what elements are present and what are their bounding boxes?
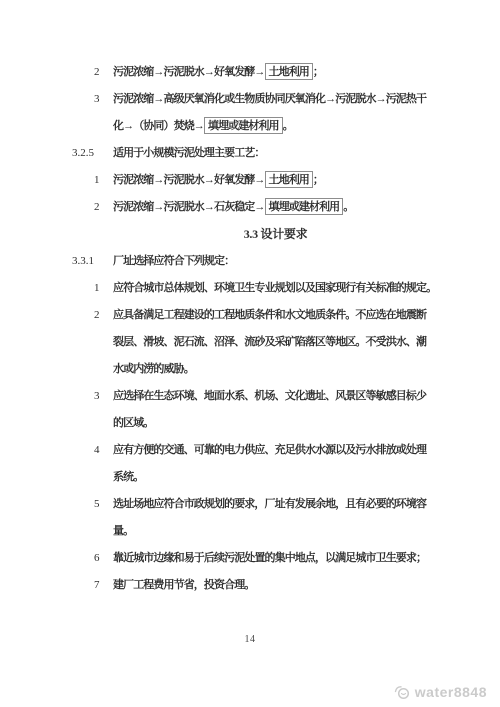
item-number: 2: [94, 302, 100, 329]
doc-line-heading: 3.3 设计要求: [72, 221, 438, 248]
doc-line-item: 7建厂工程费用节省，投资合理。: [72, 572, 438, 599]
item-number: 3.2.5: [72, 140, 94, 167]
text-segment: 应具备满足工程建设的工程地质条件和水文地质条件。不应选在地震断: [113, 309, 426, 321]
page-number: 14: [0, 634, 500, 645]
item-number: 5: [94, 491, 100, 518]
doc-line-item: 5选址场地应符合市政规划的要求，厂址有发展余地，且有必要的环境容: [72, 491, 438, 518]
text-segment: 污泥浓缩→高级厌氧消化或生物质协同厌氧消化→污泥脱水→污泥热干: [113, 93, 426, 105]
text-segment: 量。: [113, 525, 133, 537]
text-segment: 水或内涝的威胁。: [113, 363, 194, 375]
doc-line-cont: 化→（协同）焚烧→填埋或建材利用。: [72, 113, 438, 140]
document-page: 2污泥浓缩→污泥脱水→好氧发酵→土地利用；3污泥浓缩→高级厌氧消化或生物质协同厌…: [0, 0, 500, 707]
doc-line-item: 1污泥浓缩→污泥脱水→好氧发酵→土地利用；: [72, 167, 438, 194]
text-segment: 的区域。: [113, 417, 153, 429]
text-segment: 适用于小规模污泥处理主要工艺：: [113, 147, 265, 159]
text-segment: 。: [343, 201, 353, 213]
text-segment: 3.3 设计要求: [244, 227, 308, 241]
text-segment: ；: [313, 174, 323, 186]
text-segment: 应选择在生态环境、地面水系、机场、文化遗址、风景区等敏感目标少: [113, 390, 426, 402]
boxed-term: 土地利用: [265, 171, 313, 188]
doc-line-item: 2污泥浓缩→污泥脱水→好氧发酵→土地利用；: [72, 59, 438, 86]
text-segment: 厂址选择应符合下列规定：: [113, 255, 234, 267]
text-segment: 选址场地应符合市政规划的要求，厂址有发展余地，且有必要的环境容: [113, 498, 426, 510]
doc-line-item: 2应具备满足工程建设的工程地质条件和水文地质条件。不应选在地震断: [72, 302, 438, 329]
text-segment: 系统。: [113, 471, 143, 483]
text-segment: 应有方便的交通、可靠的电力供应、充足供水水源以及污水排放或处理: [113, 444, 426, 456]
text-segment: 化→（协同）焚烧→: [113, 120, 204, 132]
document-body: 2污泥浓缩→污泥脱水→好氧发酵→土地利用；3污泥浓缩→高级厌氧消化或生物质协同厌…: [72, 59, 438, 599]
text-segment: 应符合城市总体规划、环境卫生专业规划以及国家现行有关标准的规定。: [113, 282, 436, 294]
doc-line-item: 4应有方便的交通、可靠的电力供应、充足供水水源以及污水排放或处理: [72, 437, 438, 464]
doc-line-cont: 水或内涝的威胁。: [72, 356, 438, 383]
text-segment: 裂层、滑坡、泥石流、沼泽、流砂及采矿陷落区等地区。不受洪水、潮: [113, 336, 426, 348]
item-number: 3.3.1: [72, 248, 94, 275]
text-segment: 污泥浓缩→污泥脱水→好氧发酵→: [113, 66, 265, 78]
boxed-term: 填埋或建材利用: [265, 198, 344, 215]
text-segment: 。: [283, 120, 293, 132]
item-number: 2: [94, 59, 100, 86]
item-number: 1: [94, 167, 100, 194]
water8848-logo-icon: [393, 684, 412, 700]
doc-line-item: 6靠近城市边缘和易于后续污泥处置的集中地点，以满足城市卫生要求；: [72, 545, 438, 572]
doc-line-item: 3污泥浓缩→高级厌氧消化或生物质协同厌氧消化→污泥脱水→污泥热干: [72, 86, 438, 113]
item-number: 1: [94, 275, 100, 302]
doc-line-item: 2污泥浓缩→污泥脱水→石灰稳定→填埋或建材利用。: [72, 194, 438, 221]
text-segment: 建厂工程费用节省，投资合理。: [113, 579, 254, 591]
doc-line-cont: 系统。: [72, 464, 438, 491]
item-number: 2: [94, 194, 100, 221]
text-segment: 污泥浓缩→污泥脱水→好氧发酵→: [113, 174, 265, 186]
boxed-term: 填埋或建材利用: [204, 117, 283, 134]
watermark-text: water8848: [415, 684, 487, 700]
doc-line-item: 1应符合城市总体规划、环境卫生专业规划以及国家现行有关标准的规定。: [72, 275, 438, 302]
boxed-term: 土地利用: [265, 63, 313, 80]
item-number: 6: [94, 545, 100, 572]
doc-line-section: 3.2.5适用于小规模污泥处理主要工艺：: [72, 140, 438, 167]
watermark: water8848: [393, 684, 487, 700]
doc-line-cont: 量。: [72, 518, 438, 545]
text-segment: ；: [313, 66, 323, 78]
doc-line-item: 3应选择在生态环境、地面水系、机场、文化遗址、风景区等敏感目标少: [72, 383, 438, 410]
item-number: 3: [94, 86, 100, 113]
doc-line-cont: 的区域。: [72, 410, 438, 437]
doc-line-section: 3.3.1厂址选择应符合下列规定：: [72, 248, 438, 275]
text-segment: 靠近城市边缘和易于后续污泥处置的集中地点，以满足城市卫生要求；: [113, 552, 426, 564]
item-number: 3: [94, 383, 100, 410]
item-number: 4: [94, 437, 100, 464]
text-segment: 污泥浓缩→污泥脱水→石灰稳定→: [113, 201, 265, 213]
doc-line-cont: 裂层、滑坡、泥石流、沼泽、流砂及采矿陷落区等地区。不受洪水、潮: [72, 329, 438, 356]
item-number: 7: [94, 572, 100, 599]
